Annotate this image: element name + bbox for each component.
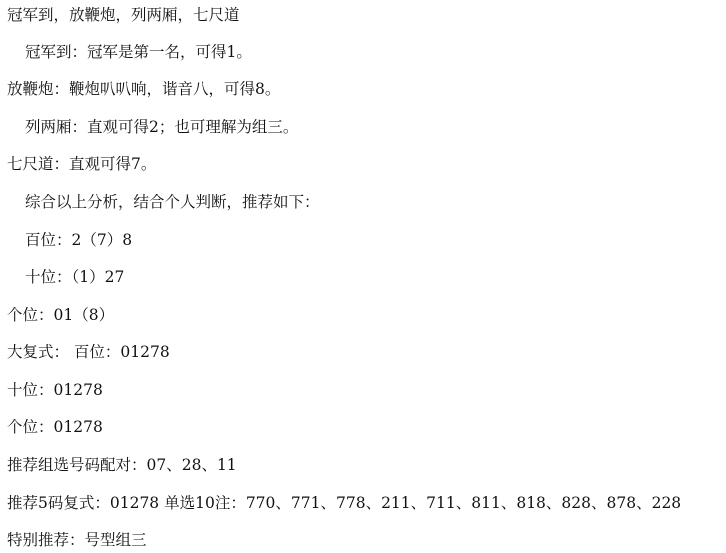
text-line-big-compound-units: 个位：01278 <box>7 416 103 438</box>
text-line-two-rows: 列两厢：直观可得2；也可理解为组三。 <box>25 116 298 138</box>
text-line-group-pairs: 推荐组选号码配对：07、28、11 <box>7 454 237 476</box>
text-line-seven-feet: 七尺道：直观可得7。 <box>7 153 156 175</box>
text-line-special-recommendation: 特别推荐：号型组三 <box>7 529 147 551</box>
text-line-five-code-compound: 推荐5码复式：01278 单选10注：770、771、778、211、711、8… <box>7 492 681 514</box>
text-line-title: 冠军到，放鞭炮，列两厢，七尺道 <box>7 4 240 26</box>
text-line-big-compound-tens: 十位：01278 <box>7 379 103 401</box>
text-line-champion: 冠军到：冠军是第一名，可得1。 <box>25 41 252 63</box>
text-line-hundreds: 百位：2（7）8 <box>25 229 132 251</box>
text-line-tens: 十位：（1）27 <box>25 266 124 288</box>
text-line-big-compound-hundreds: 大复式： 百位：01278 <box>7 341 170 363</box>
text-line-units: 个位：01（8） <box>7 304 114 326</box>
text-line-summary: 综合以上分析，结合个人判断，推荐如下： <box>25 191 320 213</box>
text-line-firecrackers: 放鞭炮：鞭炮叭叭响，谐音八，可得8。 <box>7 78 280 100</box>
